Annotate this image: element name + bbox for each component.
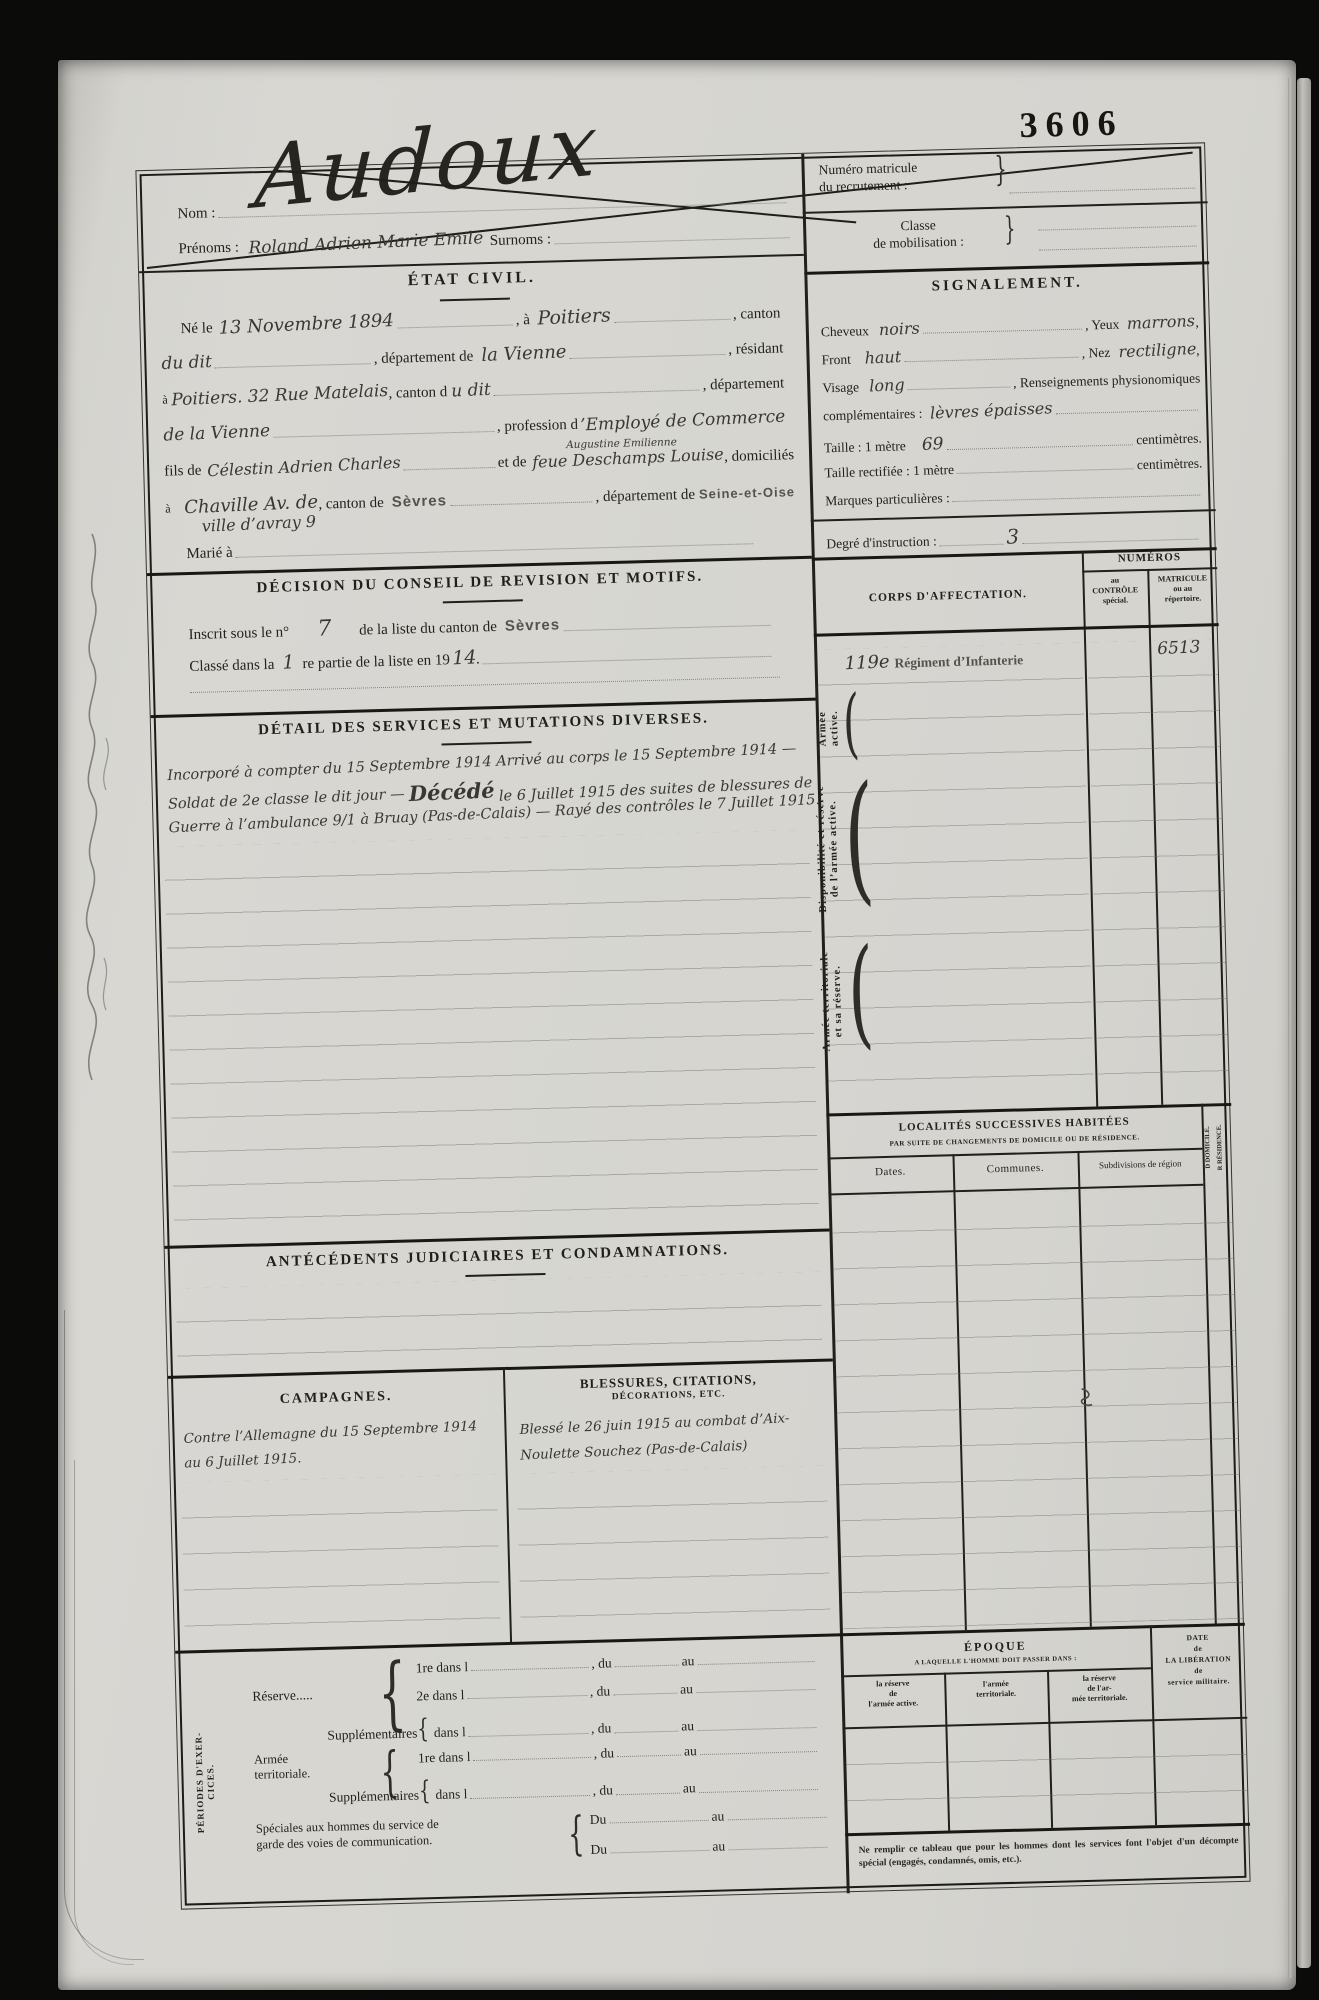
au-label: au — [684, 1743, 697, 1759]
detail-underline — [442, 741, 532, 745]
dotted-line — [563, 625, 770, 631]
supp-brace: { — [417, 1716, 429, 1742]
dotted-line — [273, 431, 494, 438]
campagnes-divider — [503, 1367, 512, 1642]
divider — [1082, 567, 1217, 572]
departement-label: , département de — [374, 349, 474, 369]
regiment-number-hw: 119e — [844, 651, 890, 674]
dotted-line — [957, 468, 1134, 474]
dotted-line — [699, 1789, 818, 1793]
renseignements-label: , Renseignements physionomiques — [1013, 371, 1200, 392]
subdivisions-column-header: Subdivisions de région — [1078, 1158, 1203, 1171]
du-label: , du — [592, 1782, 613, 1799]
communes-column-header: Communes. — [953, 1161, 1078, 1176]
disponibilite-vertical-label: Disponibilité et réserve de l’armée acti… — [814, 771, 842, 927]
profession-value: ’Employé de Commerce — [580, 407, 786, 436]
marie-label: Marié à — [186, 545, 233, 563]
marques-label: Marques particulières : — [825, 490, 950, 509]
dotted-line — [947, 444, 1134, 450]
departement2-value: de la Vienne — [163, 421, 271, 446]
empty-ruled-area — [181, 1474, 501, 1642]
dotted-line — [697, 1661, 814, 1665]
corps-affectation-header: CORPS D'AFFECTATION. — [813, 587, 1083, 606]
dotted-line — [613, 1693, 677, 1696]
comma: , — [1195, 315, 1199, 331]
yeux-label: , Yeux — [1085, 317, 1120, 334]
cheveux-value: noirs — [878, 318, 920, 339]
fils-de-label: fils de — [164, 463, 202, 481]
empty-ruled-area — [176, 1272, 823, 1373]
dotted-line — [727, 1817, 826, 1821]
front-value: haut — [864, 347, 901, 368]
domicile-vertical-label: D DOMICILE. — [1203, 1109, 1212, 1185]
dotted-line — [696, 1689, 815, 1693]
nom-blank-line — [219, 202, 787, 218]
du-cap-label: Du — [590, 1842, 607, 1858]
controle-special-header: au CONTRÔLE spécial. — [1082, 575, 1148, 607]
dans-l-label: dans l — [434, 1724, 466, 1741]
departement-value: la Vienne — [481, 341, 567, 366]
dotted-line — [494, 390, 700, 396]
dotted-line — [397, 324, 513, 328]
pere-value: Célestin Adrien Charles — [207, 453, 401, 480]
instruction-value: 3 — [1006, 524, 1020, 549]
antecedents-underline — [465, 1273, 545, 1277]
reserve-row2-label: 2e dans l — [416, 1687, 464, 1704]
liste-label: de la liste du canton de — [359, 619, 497, 640]
classe-brace: } — [1004, 212, 1016, 244]
departement3-stamp: Seine-et-Oise — [699, 484, 795, 502]
canton2-label: , canton d — [388, 384, 447, 403]
dotted-line — [215, 363, 371, 368]
regiment-stamp: Régiment d’Infanterie — [894, 652, 1023, 671]
complementaires-label: complémentaires : — [823, 406, 923, 425]
canton-label: , canton — [733, 305, 781, 323]
prenoms-label: Prénoms : — [178, 240, 239, 259]
supp-brace: { — [419, 1778, 431, 1804]
surnoms-label: Surnoms : — [490, 231, 552, 250]
dotted-line — [616, 1793, 680, 1796]
speciales-brace: { — [567, 1810, 584, 1856]
nom-label: Nom : — [177, 205, 215, 223]
dates-column-header: Dates. — [828, 1164, 953, 1179]
reserve-row1-label: 1re dans l — [416, 1659, 469, 1676]
residence-vertical-label: R RÉSIDENCE. — [1215, 1109, 1224, 1185]
etat-civil-underline — [440, 298, 510, 302]
register-page: Audoux Nom : Prénoms : Roland Adrien Mar… — [58, 60, 1296, 1990]
dotted-line — [940, 544, 1004, 547]
domicilies-label: , domiciliés — [724, 447, 794, 466]
dotted-line — [923, 329, 1082, 334]
dotted-line — [469, 1733, 588, 1737]
du-label: , du — [591, 1720, 612, 1737]
residant-label: , résidant — [728, 340, 783, 358]
campagnes-line2: au 6 Juillet 1915. — [184, 1450, 302, 1471]
empty-ruled-area — [1087, 639, 1229, 1100]
au-label: au — [680, 1681, 693, 1697]
matricule-repertoire-header: MATRICULE ou au répertoire. — [1147, 573, 1218, 605]
campagnes-line1: Contre l’Allemagne du 15 Septembre 1914 — [183, 1418, 477, 1447]
matricule-label: Numéro matricule du recrutement : — [818, 159, 917, 196]
du-label: , du — [590, 1683, 611, 1700]
taille-label: Taille : 1 mètre — [824, 438, 906, 456]
front-label: Front — [821, 352, 851, 369]
surnoms-blank-line — [554, 237, 789, 244]
dotted-line — [1023, 539, 1199, 545]
canton3-stamp: Sèvres — [392, 492, 448, 510]
dotted-line — [617, 1755, 681, 1758]
canton3-label: , canton de — [318, 495, 384, 514]
et-de-label: et de — [498, 454, 527, 472]
cm2-label: centimètres. — [1137, 455, 1203, 473]
classe-blank-line-2 — [1039, 246, 1197, 251]
empty-ruled-area — [845, 1719, 1248, 1831]
a2-label: à — [165, 501, 171, 516]
empty-ruled-area — [832, 1187, 1243, 1629]
decision-underline — [443, 599, 523, 603]
dotted-line — [953, 495, 1200, 502]
blessures-line1: Blessé le 26 juin 1915 au combat d’Aix- — [519, 1410, 790, 1438]
ne-le-label: Né le — [180, 320, 213, 338]
blank-line — [190, 677, 780, 693]
au-label: au — [712, 1838, 725, 1854]
matricule-brace: } — [994, 153, 1007, 187]
taille-value: 69 — [921, 434, 943, 455]
dans-l-label: dans l — [435, 1786, 467, 1803]
au-label: au — [681, 1718, 694, 1734]
dotted-line — [728, 1847, 827, 1851]
visage-label: Visage — [822, 379, 859, 396]
dotted-line — [236, 543, 754, 558]
services-deces-word: Décédé — [408, 777, 495, 806]
numeros-header: NUMÉROS — [1082, 550, 1217, 566]
dotted-line — [614, 319, 730, 323]
annee-value: 14 — [451, 646, 476, 669]
armee-territoriale-brace: ( — [847, 932, 875, 1051]
blessures-line2: Noulette Souchez (Pas-de-Calais) — [520, 1438, 748, 1464]
canton2-value: u dit — [451, 380, 491, 402]
dotted-line — [697, 1727, 816, 1731]
services-line2-pre: Soldat de 2e classe le dit jour — — [168, 786, 405, 812]
domicile-value-2: ville d’avray 9 — [201, 512, 316, 536]
matricule-form: Audoux Nom : Prénoms : Roland Adrien Mar… — [135, 142, 1250, 1909]
dotted-line — [700, 1751, 817, 1755]
epoque-col1-header: la réserve de l'armée active. — [841, 1678, 945, 1711]
instruction-label: Degré d'instruction : — [826, 533, 937, 552]
page-stack-edge — [1297, 78, 1311, 1968]
date-liberation-header: DATE de LA LIBÉRATION de service militai… — [1150, 1631, 1246, 1688]
divider — [814, 623, 1219, 637]
divider — [811, 509, 1216, 521]
dotted-line — [474, 1757, 591, 1761]
localites-subtitle: PAR SUITE DE CHANGEMENTS DE DOMICILE OU … — [827, 1132, 1202, 1150]
du-cap-label: Du — [590, 1812, 607, 1828]
inscrit-label: Inscrit sous le n° — [188, 624, 289, 644]
dotted-line — [570, 354, 726, 359]
territoriale-row1-label: 1re dans l — [418, 1749, 471, 1766]
disponibilite-brace: ( — [842, 768, 876, 909]
decision-canton-stamp: Sèvres — [505, 616, 561, 634]
cm-label: centimètres. — [1136, 430, 1202, 448]
supplementaires-label: Supplémentaires — [327, 1725, 417, 1743]
matricule-number: 3606 — [1019, 101, 1124, 146]
partie-label: re partie de la liste en 19 — [302, 652, 450, 673]
dotted-line — [609, 1820, 708, 1824]
dotted-line — [483, 656, 771, 665]
departement2-label: , département — [702, 375, 784, 394]
classe-mobilisation-label: Classe de mobilisation : — [838, 215, 999, 253]
nez-value: rectiligne — [1118, 339, 1197, 361]
speciales-label: Spéciales aux hommes du service de garde… — [256, 1816, 440, 1853]
dotted-line — [450, 501, 593, 506]
armee-territoriale-label: Armée territoriale. — [254, 1751, 311, 1782]
departement3-label: , département de — [595, 487, 695, 507]
dotted-line — [615, 1665, 679, 1668]
au-label: au — [681, 1653, 694, 1669]
armee-active-brace: ( — [842, 685, 860, 761]
signalement-title: SIGNALEMENT. — [805, 271, 1210, 299]
nez-label: , Nez — [1082, 345, 1111, 362]
au-label: au — [711, 1808, 724, 1824]
supplementaires-label: Supplémentaires — [329, 1787, 419, 1805]
margin-annotation — [62, 490, 122, 1090]
armee-territoriale-vertical-label: Armée territoriale et sa réserve. — [819, 935, 846, 1068]
corps-matricule-value: 6513 — [1157, 637, 1201, 659]
du-label: , du — [591, 1655, 612, 1672]
yeux-value: marrons — [1127, 311, 1196, 333]
armee-active-vertical-label: Armée active. — [816, 688, 842, 769]
profession-label: , profession d — [497, 417, 579, 436]
reserve-label: Réserve..... — [252, 1687, 313, 1705]
du-label: , du — [594, 1745, 615, 1762]
empty-ruled-area — [517, 1466, 831, 1634]
page-curl-line-2 — [74, 1460, 134, 1965]
epoque-col3-header: la réserve de l'ar- mée territoriale. — [1047, 1672, 1152, 1705]
dotted-line — [471, 1795, 590, 1799]
classe-liste-label: Classé dans la — [189, 657, 274, 676]
dotted-line — [404, 467, 495, 470]
complementaires-value: lèvres épaisses — [930, 398, 1053, 422]
a-label: , à — [516, 312, 531, 329]
classe-blank-line — [1038, 226, 1196, 231]
dotted-line — [471, 1667, 588, 1671]
divider — [827, 1148, 1202, 1159]
matricule-blank-line — [1009, 188, 1195, 194]
residence-value: Poitiers. 32 Rue Matelais — [171, 381, 388, 410]
dotted-line — [905, 357, 1079, 363]
visage-value: long — [869, 375, 905, 396]
taille-rectifiee-label: Taille rectifiée : 1 mètre — [824, 462, 954, 481]
footnote-text: Ne remplir ce tableau que pour les homme… — [858, 1835, 1239, 1871]
stray-mark — [1074, 1384, 1101, 1411]
au-label: au — [683, 1780, 696, 1796]
periodes-vertical-label: PÉRIODES D'EXER- CICES. — [192, 1675, 220, 1891]
dotted-line — [610, 1850, 709, 1854]
inscrit-number: 7 — [289, 615, 360, 643]
page-stack-edge-2 — [1288, 78, 1293, 1978]
dotted-line — [907, 386, 1010, 390]
campagnes-title: CAMPAGNES. — [168, 1386, 503, 1411]
classe-liste-number: 1 — [282, 651, 295, 674]
epoque-col2-header: l'armée territoriale. — [944, 1678, 1047, 1701]
dotted-line — [614, 1731, 678, 1734]
etat-civil-title: ÉTAT CIVIL. — [139, 262, 804, 297]
empty-ruled-area — [164, 830, 819, 1242]
dotted-line — [468, 1695, 587, 1699]
a-small-label: à — [162, 393, 168, 408]
cheveux-label: Cheveux — [821, 323, 869, 340]
birth-place-value: Poitiers — [537, 304, 611, 329]
prenoms-value: Roland Adrien Marie Emile — [248, 228, 484, 258]
canton-value: du dit — [161, 352, 212, 374]
birth-date-value: 13 Novembre 1894 — [218, 310, 394, 339]
dotted-line — [1056, 410, 1198, 415]
mere-value-group: feue Deschamps Louise Augustine Emilienn… — [532, 446, 724, 471]
